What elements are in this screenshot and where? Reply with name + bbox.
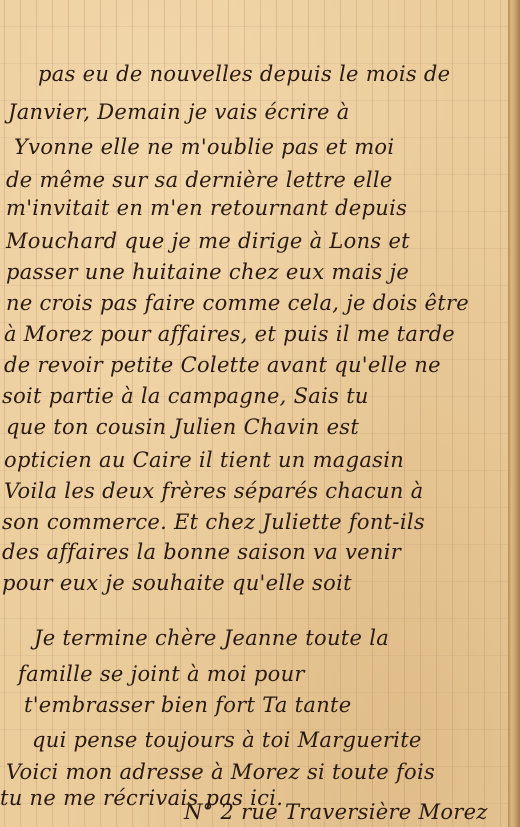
letter-line-4: de même sur sa dernière lettre elle	[6, 168, 393, 192]
letter-line-13: opticien au Caire il tient un magasin	[4, 448, 404, 472]
address-line: N° 2 rue Traversière Morez	[184, 800, 488, 824]
closing-line-1: Je termine chère Jeanne toute la	[34, 626, 389, 650]
letter-line-12: que ton cousin Julien Chavin est	[6, 415, 359, 439]
letter-line-9: à Morez pour affaires, et puis il me tar…	[4, 322, 455, 346]
page-edge	[508, 0, 520, 827]
letter-line-3: Yvonne elle ne m'oublie pas et moi	[14, 135, 394, 159]
letter-line-17: pour eux je souhaite qu'elle soit	[2, 571, 352, 595]
letter-line-10: de revoir petite Colette avant qu'elle n…	[4, 353, 441, 377]
closing-line-3: t'embrasser bien fort Ta tante	[24, 693, 352, 717]
letter-line-16: des affaires la bonne saison va venir	[2, 540, 401, 564]
letter-line-11: soit partie à la campagne, Sais tu	[2, 384, 369, 408]
letter-line-2: Janvier, Demain je vais écrire à	[8, 100, 350, 124]
letter-line-1: pas eu de nouvelles depuis le mois de	[38, 62, 450, 86]
letter-line-8: ne crois pas faire comme cela, je dois ê…	[6, 291, 469, 315]
letter-line-7: passer une huitaine chez eux mais je	[6, 260, 409, 284]
closing-line-2: famille se joint à moi pour	[18, 662, 305, 686]
letter-line-15: son commerce. Et chez Juliette font-ils	[2, 510, 425, 534]
letter-page: pas eu de nouvelles depuis le mois de Ja…	[0, 0, 511, 827]
letter-line-6: Mouchard que je me dirige à Lons et	[6, 229, 410, 253]
letter-line-14: Voila les deux frères séparés chacun à	[4, 479, 423, 503]
signature-line: qui pense toujours à toi Marguerite	[32, 728, 422, 752]
address-intro-line: Voici mon adresse à Morez si toute fois	[6, 760, 435, 784]
letter-line-5: m'invitait en m'en retournant depuis	[6, 196, 407, 220]
